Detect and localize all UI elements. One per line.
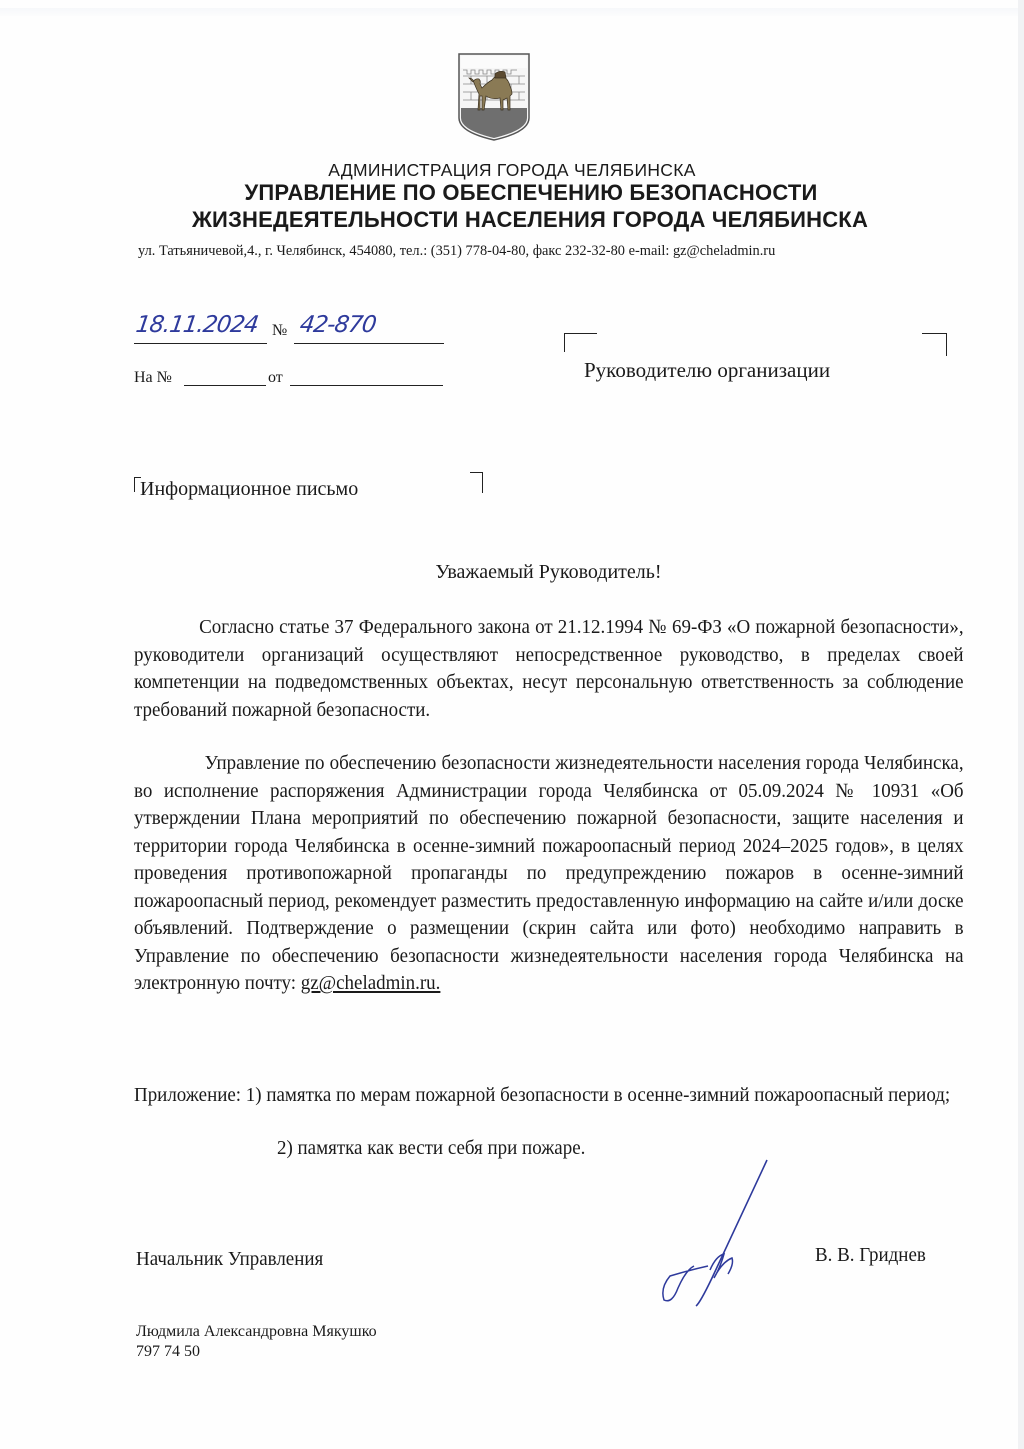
reply-number-blank bbox=[184, 385, 266, 386]
handwritten-date: 18.11.2024 bbox=[134, 312, 259, 338]
recipient-bracket-right bbox=[922, 333, 947, 356]
appendix-item-1: Приложение: 1) памятка по мерам пожарной… bbox=[134, 1082, 964, 1110]
executor-name: Людмила Александровна Мякушко bbox=[136, 1323, 377, 1341]
number-underline bbox=[294, 343, 444, 344]
scan-edge-top bbox=[0, 8, 1024, 16]
administration-title: АДМИНИСТРАЦИЯ ГОРОДА ЧЕЛЯБИНСКА bbox=[0, 160, 1024, 181]
paragraph-2-text: Управление по обеспечению безопасности ж… bbox=[134, 752, 964, 994]
contact-address: ул. Татьяничевой,4., г. Челябинск, 45408… bbox=[138, 243, 775, 260]
department-title-line-2: ЖИЗНЕДЕЯТЕЛЬНОСТИ НАСЕЛЕНИЯ ГОРОДА ЧЕЛЯБ… bbox=[18, 207, 1024, 233]
subject-bracket-right bbox=[470, 472, 483, 493]
executor-phone: 797 74 50 bbox=[136, 1343, 200, 1361]
date-underline bbox=[134, 343, 267, 344]
coat-of-arms-icon bbox=[457, 52, 531, 142]
reply-date-blank bbox=[290, 385, 443, 386]
signatory-name: В. В. Гриднев bbox=[815, 1244, 926, 1267]
number-sign: № bbox=[272, 322, 287, 340]
salutation: Уважаемый Руководитель! bbox=[0, 561, 1024, 584]
body-paragraph-2: Управление по обеспечению безопасности ж… bbox=[134, 750, 964, 998]
recipient: Руководителю организации bbox=[584, 358, 830, 383]
paragraph-1-text: Согласно статье 37 Федерального закона о… bbox=[134, 616, 964, 721]
email-link[interactable]: gz@cheladmin.ru. bbox=[301, 972, 441, 994]
appendix-item-2: 2) памятка как вести себя при пожаре. bbox=[277, 1137, 585, 1160]
signature-icon bbox=[650, 1158, 780, 1308]
subject-line: Информационное письмо bbox=[140, 478, 358, 501]
letter-page: АДМИНИСТРАЦИЯ ГОРОДА ЧЕЛЯБИНСКА УПРАВЛЕН… bbox=[0, 0, 1024, 1449]
body-paragraph-1: Согласно статье 37 Федерального закона о… bbox=[134, 614, 964, 724]
recipient-bracket-left bbox=[564, 333, 597, 352]
reply-from-label: от bbox=[268, 369, 283, 387]
handwritten-reg-number: 42-870 bbox=[298, 312, 377, 338]
signatory-position: Начальник Управления bbox=[136, 1248, 323, 1271]
department-title-line-1: УПРАВЛЕНИЕ ПО ОБЕСПЕЧЕНИЮ БЕЗОПАСНОСТИ bbox=[0, 180, 1024, 206]
reply-to-label: На № bbox=[134, 369, 172, 387]
